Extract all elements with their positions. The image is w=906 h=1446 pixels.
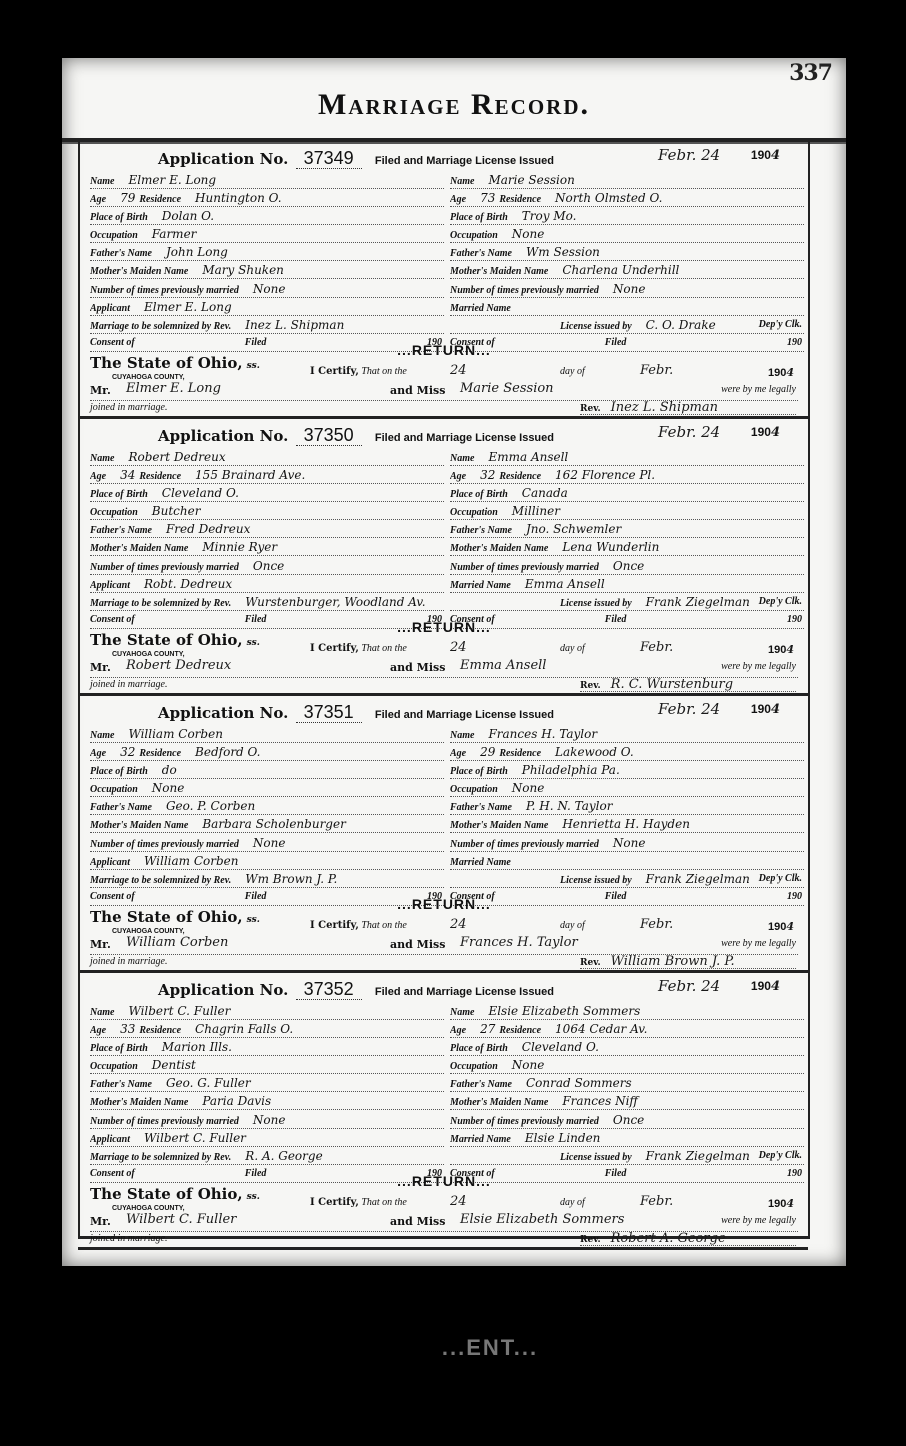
handwritten-value: 4 [786, 1197, 794, 1210]
groom-name-field: NameElmer E. Long [90, 172, 444, 189]
form-label: Dep'y Clk. [759, 317, 802, 333]
officiant-line: Rev.Robert A. George [580, 1231, 796, 1246]
officiant-line: Rev.R. C. Wurstenburg [580, 677, 796, 692]
return-section: ...RETURN... The State of Ohio,ss. CUYAH… [90, 342, 798, 414]
form-label: License issued by [560, 321, 632, 332]
form-label: License issued by [560, 875, 632, 886]
handwritten-value: None [613, 836, 646, 850]
handwritten-value: Marion Ills. [162, 1040, 232, 1054]
handwritten-value: 4 [786, 920, 794, 933]
form-label: Occupation [450, 230, 498, 241]
handwritten-value: Elmer E. Long [144, 300, 232, 314]
certify-line: I Certify, That on the 24 day of Febr. 1… [310, 643, 798, 659]
solemnized-by-field: Marriage to be solemnized by Rev.Wm Brow… [90, 871, 444, 888]
form-label: Mother's Maiden Name [90, 266, 188, 277]
applicant-columns: NameWilliam Corben Age32ResidenceBedford… [90, 726, 798, 898]
bride-age-residence-field: Age27Residence1064 Cedar Av. [450, 1021, 804, 1038]
handwritten-value: Lena Wunderlin [562, 540, 659, 554]
handwritten-value: Once [613, 559, 644, 573]
form-label: Applicant [90, 1134, 130, 1145]
license-issued-by-field: License issued byFrank ZiegelmanDep'y Cl… [450, 594, 804, 611]
bride-column: NameElsie Elizabeth Sommers Age27Residen… [450, 1003, 804, 1184]
application-line: Application No. 37349 Filed and Marriage… [158, 148, 788, 170]
handwritten-value: Wm Brown J. P. [245, 872, 337, 886]
form-label: Married Name [450, 303, 511, 314]
bride-birthplace-field: Place of BirthCanada [450, 485, 804, 502]
groom-column: NameRobert Dedreux Age34Residence155 Bra… [90, 449, 444, 630]
groom-occupation-field: OccupationDentist [90, 1057, 444, 1074]
handwritten-value: Huntington O. [195, 191, 282, 205]
return-month: Febr. [640, 640, 673, 655]
couple-line: Mr. Elmer E. Long and Miss Marie Session… [90, 384, 798, 401]
bride-occupation-field: OccupationNone [450, 226, 804, 243]
handwritten-value: William Corben [144, 854, 238, 868]
bride-occupation-field: OccupationNone [450, 780, 804, 797]
handwritten-value: 4 [771, 979, 780, 994]
solemnized-by-field: Marriage to be solemnized by Rev.R. A. G… [90, 1148, 444, 1165]
return-year: 1904 [768, 920, 794, 933]
form-label: Place of Birth [90, 212, 148, 223]
return-section: ...RETURN... The State of Ohio,ss. CUYAH… [90, 896, 798, 968]
groom-times-married-field: Number of times previously marriedOnce [90, 558, 444, 575]
return-month: Febr. [640, 1194, 673, 1209]
form-label: Rev. [580, 404, 601, 414]
handwritten-value: Farmer [152, 227, 197, 241]
bride-birthplace-field: Place of BirthTroy Mo. [450, 208, 804, 225]
applicant-columns: NameRobert Dedreux Age34Residence155 Bra… [90, 449, 798, 621]
marriage-record-entry: Application No. 37349 Filed and Marriage… [78, 142, 808, 419]
bride-column: NameMarie Session Age73ResidenceNorth Ol… [450, 172, 804, 353]
groom-applicant-field: ApplicantElmer E. Long [90, 299, 444, 316]
form-label: Marriage to be solemnized by Rev. [90, 1152, 231, 1163]
form-label: Name [450, 176, 474, 187]
form-label: Age [90, 748, 106, 759]
handwritten-value: 73 [480, 191, 495, 205]
form-label: 190 [751, 148, 771, 162]
form-label: 190 [751, 979, 771, 993]
form-label: Mr. [90, 1215, 111, 1228]
bride-father-field: Father's NameConrad Sommers [450, 1075, 804, 1092]
state-of-ohio-label: The State of Ohio,ss. [90, 1185, 260, 1203]
form-label: Rev. [580, 681, 601, 691]
handwritten-value: Conrad Sommers [526, 1076, 632, 1090]
groom-times-married-field: Number of times previously marriedNone [90, 281, 444, 298]
application-number: 37352 [296, 979, 362, 1000]
form-label: Applicant [90, 303, 130, 314]
form-label: were by me legally [721, 1215, 796, 1226]
bride-father-field: Father's NameP. H. N. Taylor [450, 798, 804, 815]
groom-column: NameElmer E. Long Age79ResidenceHuntingt… [90, 172, 444, 353]
license-issued-date: Febr. 24 [658, 423, 720, 441]
form-label: Residence [139, 471, 181, 482]
bride-married-name-field: Married NameElsie Linden [450, 1130, 804, 1147]
form-label: That on the [361, 366, 407, 377]
handwritten-value: Elsie Linden [525, 1131, 601, 1145]
form-label: day of [560, 366, 585, 377]
license-issued-date: Febr. 24 [658, 700, 720, 718]
handwritten-value: Canada [522, 486, 568, 500]
form-label: Number of times previously married [90, 839, 239, 850]
handwritten-value: Dentist [152, 1058, 196, 1072]
certify-line: I Certify, That on the 24 day of Febr. 1… [310, 1197, 798, 1213]
bride-mother-field: Mother's Maiden NameFrances Niff [450, 1093, 804, 1110]
form-label: Applicant [90, 857, 130, 868]
return-section: ...RETURN... The State of Ohio,ss. CUYAH… [90, 1173, 798, 1245]
form-label: I Certify, [310, 920, 359, 931]
handwritten-value: Inez L. Shipman [245, 318, 344, 332]
license-issued-date: Febr. 24 [658, 977, 720, 995]
groom-age-residence-field: Age79ResidenceHuntington O. [90, 190, 444, 207]
form-label: The State of Ohio, [90, 1185, 243, 1203]
form-label: Mother's Maiden Name [450, 543, 548, 554]
handwritten-value: Elsie Elizabeth Sommers [488, 1004, 640, 1018]
license-year: 1904 [751, 425, 780, 440]
form-label: Married Name [450, 580, 511, 591]
application-number: 37350 [296, 425, 362, 446]
application-label: Application No. [158, 427, 288, 445]
form-label: Residence [499, 194, 541, 205]
bride-married-name-field: Married NameEmma Ansell [450, 576, 804, 593]
form-label: Residence [499, 471, 541, 482]
handwritten-value: Charlena Underhill [562, 263, 679, 277]
form-label: Father's Name [450, 525, 512, 536]
groom-age-residence-field: Age34Residence155 Brainard Ave. [90, 467, 444, 484]
marriage-record-page: 337 Marriage Record. Application No. 373… [62, 58, 846, 1266]
form-label: 190 [751, 425, 771, 439]
license-year: 1904 [751, 979, 780, 994]
form-label: The State of Ohio, [90, 354, 243, 372]
return-day: 24 [450, 1194, 467, 1209]
bride-name-field: NameEmma Ansell [450, 449, 804, 466]
state-of-ohio-label: The State of Ohio,ss. [90, 631, 260, 649]
form-label: Mother's Maiden Name [450, 1097, 548, 1108]
handwritten-value: Elmer E. Long [128, 173, 216, 187]
return-year: 1904 [768, 366, 794, 379]
groom-column: NameWilliam Corben Age32ResidenceBedford… [90, 726, 444, 907]
form-label: I Certify, [310, 1197, 359, 1208]
groom-name-field: NameWilbert C. Fuller [90, 1003, 444, 1020]
return-groom: Elmer E. Long [126, 381, 221, 396]
filed-issued-label: Filed and Marriage License Issued [375, 155, 554, 167]
form-label: Mr. [90, 661, 111, 674]
form-label: Age [450, 194, 466, 205]
handwritten-value: Troy Mo. [522, 209, 577, 223]
officiant-name: R. C. Wurstenburg [611, 677, 733, 692]
form-label: The State of Ohio, [90, 908, 243, 926]
return-year: 1904 [768, 1197, 794, 1210]
return-bride: Emma Ansell [460, 658, 546, 673]
form-label: Occupation [90, 784, 138, 795]
application-label: Application No. [158, 704, 288, 722]
marriage-record-entry: Application No. 37352 Filed and Marriage… [78, 973, 808, 1250]
county-label: CUYAHOGA COUNTY, [112, 928, 185, 935]
handwritten-value: Robert Dedreux [128, 450, 225, 464]
license-year: 1904 [751, 148, 780, 163]
joined-label: joined in marriage. [90, 956, 168, 967]
form-label: and Miss [390, 661, 445, 674]
handwritten-value: Minnie Ryer [202, 540, 277, 554]
form-label: I Certify, [310, 643, 359, 654]
form-label: Age [450, 1025, 466, 1036]
form-label: Father's Name [90, 248, 152, 259]
handwritten-value: Geo. P. Corben [166, 799, 255, 813]
bride-times-married-field: Number of times previously marriedOnce [450, 558, 804, 575]
groom-times-married-field: Number of times previously marriedNone [90, 835, 444, 852]
page-number: 337 [789, 60, 832, 86]
handwritten-value: Wilbert C. Fuller [128, 1004, 230, 1018]
county-label: CUYAHOGA COUNTY, [112, 374, 185, 381]
return-groom: William Corben [126, 935, 228, 950]
bride-name-field: NameFrances H. Taylor [450, 726, 804, 743]
form-label: Residence [139, 1025, 181, 1036]
officiant-line: Rev.William Brown J. P. [580, 954, 796, 969]
return-groom: Robert Dedreux [126, 658, 231, 673]
form-label: Marriage to be solemnized by Rev. [90, 875, 231, 886]
return-bride: Frances H. Taylor [460, 935, 578, 950]
county-label: CUYAHOGA COUNTY, [112, 651, 185, 658]
handwritten-value: None [253, 836, 286, 850]
handwritten-value: 32 [120, 745, 135, 759]
license-issued-date: Febr. 24 [658, 146, 720, 164]
form-label: Number of times previously married [450, 562, 599, 573]
handwritten-value: Robt. Dedreux [144, 577, 232, 591]
handwritten-value: Wilbert C. Fuller [144, 1131, 246, 1145]
groom-times-married-field: Number of times previously marriedNone [90, 1112, 444, 1129]
form-label: Number of times previously married [90, 285, 239, 296]
form-label: That on the [361, 920, 407, 931]
return-day: 24 [450, 640, 467, 655]
handwritten-value: John Long [166, 245, 228, 259]
form-label: License issued by [560, 598, 632, 609]
form-label: Age [90, 471, 106, 482]
form-label: Place of Birth [90, 489, 148, 500]
form-label: Father's Name [450, 802, 512, 813]
groom-applicant-field: ApplicantRobt. Dedreux [90, 576, 444, 593]
form-label: The State of Ohio, [90, 631, 243, 649]
handwritten-value: None [253, 282, 286, 296]
return-day: 24 [450, 363, 467, 378]
groom-father-field: Father's NameFred Dedreux [90, 521, 444, 538]
bride-mother-field: Mother's Maiden NameLena Wunderlin [450, 539, 804, 556]
form-label: Name [90, 730, 114, 741]
couple-line: Mr. William Corben and Miss Frances H. T… [90, 938, 798, 955]
joined-label: joined in marriage. [90, 679, 168, 690]
handwritten-value: Lakewood O. [555, 745, 634, 759]
form-label: Mr. [90, 938, 111, 951]
officiant-name: Inez L. Shipman [611, 400, 718, 415]
groom-occupation-field: OccupationButcher [90, 503, 444, 520]
form-label: Number of times previously married [90, 1116, 239, 1127]
form-label: Number of times previously married [450, 839, 599, 850]
form-label: Number of times previously married [450, 1116, 599, 1127]
applicant-columns: NameElmer E. Long Age79ResidenceHuntingt… [90, 172, 798, 344]
return-bride: Marie Session [460, 381, 554, 396]
form-label: Marriage to be solemnized by Rev. [90, 598, 231, 609]
form-label: 190 [751, 702, 771, 716]
handwritten-value: 4 [786, 643, 794, 656]
form-label: ss. [247, 361, 260, 371]
form-label: Place of Birth [450, 212, 508, 223]
bride-birthplace-field: Place of BirthPhiladelphia Pa. [450, 762, 804, 779]
handwritten-value: Frank Ziegelman [646, 1149, 750, 1163]
form-label: Father's Name [90, 802, 152, 813]
application-label: Application No. [158, 981, 288, 999]
page-title: Marriage Record. [62, 88, 846, 122]
handwritten-value: Paria Davis [202, 1094, 271, 1108]
handwritten-value: R. A. George [245, 1149, 322, 1163]
form-label: 190 [768, 1198, 786, 1210]
bride-age-residence-field: Age32Residence162 Florence Pl. [450, 467, 804, 484]
form-label: Occupation [90, 507, 138, 518]
form-label: Name [90, 1007, 114, 1018]
certify-line: I Certify, That on the 24 day of Febr. 1… [310, 366, 798, 382]
handwritten-value: None [613, 282, 646, 296]
handwritten-value: Cleveland O. [162, 486, 239, 500]
handwritten-value: Frances Niff [562, 1094, 638, 1108]
handwritten-value: Wurstenburger, Woodland Av. [245, 595, 425, 609]
groom-mother-field: Mother's Maiden NameMary Shuken [90, 262, 444, 279]
form-label: Father's Name [450, 248, 512, 259]
county-label: CUYAHOGA COUNTY, [112, 1205, 185, 1212]
handwritten-value: None [253, 1113, 286, 1127]
applicant-columns: NameWilbert C. Fuller Age33ResidenceChag… [90, 1003, 798, 1175]
filed-issued-label: Filed and Marriage License Issued [375, 432, 554, 444]
bride-times-married-field: Number of times previously marriedNone [450, 281, 804, 298]
form-label: That on the [361, 1197, 407, 1208]
form-label: License issued by [560, 1152, 632, 1163]
form-label: 190 [768, 367, 786, 379]
form-label: ss. [247, 638, 260, 648]
officiant-name: Robert A. George [611, 1231, 726, 1246]
form-label: Dep'y Clk. [759, 594, 802, 610]
filed-issued-label: Filed and Marriage License Issued [375, 709, 554, 721]
handwritten-value: Butcher [152, 504, 201, 518]
groom-mother-field: Mother's Maiden NameBarbara Scholenburge… [90, 816, 444, 833]
groom-father-field: Father's NameJohn Long [90, 244, 444, 261]
form-label: Occupation [450, 784, 498, 795]
form-label: Father's Name [450, 1079, 512, 1090]
bride-father-field: Father's NameWm Session [450, 244, 804, 261]
groom-column: NameWilbert C. Fuller Age33ResidenceChag… [90, 1003, 444, 1184]
handwritten-value: North Olmsted O. [555, 191, 662, 205]
return-year: 1904 [768, 643, 794, 656]
form-label: Occupation [90, 1061, 138, 1072]
handwritten-value: None [152, 781, 185, 795]
form-label: I Certify, [310, 366, 359, 377]
form-label: Place of Birth [450, 766, 508, 777]
solemnized-by-field: Marriage to be solemnized by Rev.Inez L.… [90, 317, 444, 334]
form-label: Occupation [450, 1061, 498, 1072]
form-label: Mother's Maiden Name [90, 1097, 188, 1108]
application-line: Application No. 37350 Filed and Marriage… [158, 425, 788, 447]
handwritten-value: 33 [120, 1022, 135, 1036]
groom-father-field: Father's NameGeo. G. Fuller [90, 1075, 444, 1092]
license-issued-by-field: License issued byFrank ZiegelmanDep'y Cl… [450, 871, 804, 888]
marriage-record-entry: Application No. 37350 Filed and Marriage… [78, 419, 808, 696]
bride-occupation-field: OccupationNone [450, 1057, 804, 1074]
bride-times-married-field: Number of times previously marriedNone [450, 835, 804, 852]
form-label: Dep'y Clk. [759, 1148, 802, 1164]
return-month: Febr. [640, 917, 673, 932]
state-of-ohio-label: The State of Ohio,ss. [90, 908, 260, 926]
bride-column: NameFrances H. Taylor Age29ResidenceLake… [450, 726, 804, 907]
groom-name-field: NameWilliam Corben [90, 726, 444, 743]
bride-age-residence-field: Age73ResidenceNorth Olmsted O. [450, 190, 804, 207]
bride-name-field: NameMarie Session [450, 172, 804, 189]
handwritten-value: Wm Session [526, 245, 600, 259]
handwritten-value: Geo. G. Fuller [166, 1076, 251, 1090]
handwritten-value: Chagrin Falls O. [195, 1022, 293, 1036]
form-label: Residence [139, 194, 181, 205]
couple-line: Mr. Wilbert C. Fuller and Miss Elsie Eli… [90, 1215, 798, 1232]
form-label: Mother's Maiden Name [450, 266, 548, 277]
bride-times-married-field: Number of times previously marriedOnce [450, 1112, 804, 1129]
form-label: day of [560, 643, 585, 654]
form-label: Number of times previously married [90, 562, 239, 573]
form-label: Place of Birth [450, 1043, 508, 1054]
groom-occupation-field: OccupationFarmer [90, 226, 444, 243]
bride-column: NameEmma Ansell Age32Residence162 Floren… [450, 449, 804, 630]
form-label: Age [90, 1025, 106, 1036]
form-label: day of [560, 920, 585, 931]
handwritten-value: 34 [120, 468, 135, 482]
couple-line: Mr. Robert Dedreux and Miss Emma Ansell … [90, 661, 798, 678]
handwritten-value: Emma Ansell [488, 450, 568, 464]
license-issued-by-field: License issued byC. O. DrakeDep'y Clk. [450, 317, 804, 334]
handwritten-value: William Corben [128, 727, 222, 741]
handwritten-value: 29 [480, 745, 495, 759]
officiant-line: Rev.Inez L. Shipman [580, 400, 796, 415]
form-label: were by me legally [721, 384, 796, 395]
footer-stamp: ...ENT... [330, 1330, 650, 1366]
form-label: Name [90, 176, 114, 187]
form-label: Married Name [450, 1134, 511, 1145]
handwritten-value: Milliner [512, 504, 560, 518]
handwritten-value: C. O. Drake [646, 318, 716, 332]
groom-birthplace-field: Place of BirthCleveland O. [90, 485, 444, 502]
handwritten-value: Marie Session [488, 173, 574, 187]
groom-mother-field: Mother's Maiden NameMinnie Ryer [90, 539, 444, 556]
form-label: Residence [499, 748, 541, 759]
handwritten-value: Cleveland O. [522, 1040, 599, 1054]
form-label: and Miss [390, 1215, 445, 1228]
form-label: Married Name [450, 857, 511, 868]
handwritten-value: Emma Ansell [525, 577, 605, 591]
handwritten-value: 162 Florence Pl. [555, 468, 655, 482]
handwritten-value: Philadelphia Pa. [522, 763, 620, 777]
bride-married-name-field: Married Name [450, 853, 804, 870]
form-label: Place of Birth [450, 489, 508, 500]
handwritten-value: Once [613, 1113, 644, 1127]
return-day: 24 [450, 917, 467, 932]
form-label: Dep'y Clk. [759, 871, 802, 887]
groom-name-field: NameRobert Dedreux [90, 449, 444, 466]
handwritten-value: 155 Brainard Ave. [195, 468, 305, 482]
form-label: Mother's Maiden Name [90, 820, 188, 831]
application-line: Application No. 37351 Filed and Marriage… [158, 702, 788, 724]
form-label: Mr. [90, 384, 111, 397]
return-groom: Wilbert C. Fuller [126, 1212, 236, 1227]
handwritten-value: 4 [786, 366, 794, 379]
handwritten-value: P. H. N. Taylor [526, 799, 613, 813]
handwritten-value: Fred Dedreux [166, 522, 250, 536]
application-line: Application No. 37352 Filed and Marriage… [158, 979, 788, 1001]
handwritten-value: None [512, 227, 545, 241]
form-label: Age [450, 471, 466, 482]
handwritten-value: Frank Ziegelman [646, 872, 750, 886]
state-of-ohio-label: The State of Ohio,ss. [90, 354, 260, 372]
groom-birthplace-field: Place of BirthDolan O. [90, 208, 444, 225]
